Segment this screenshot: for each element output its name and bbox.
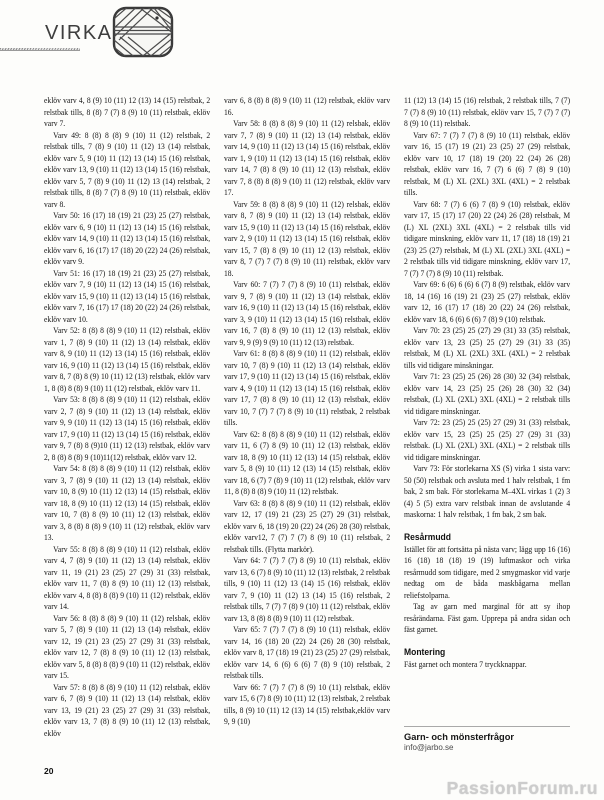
pattern-paragraph: Varv 71: 23 (25) 25 (26) 28 (30) 32 (34)… — [404, 371, 570, 417]
pattern-paragraph: Varv 62: 8 (8) 8 (8) 9 (10) 11 (12) rels… — [224, 429, 390, 498]
text-column-2: varv 6, 8 (8) 8 (8) 9 (10) 11 (12) relst… — [224, 95, 390, 757]
text-column-1: ►eklöv varv 4, 8 (9) 10 (11) 12 (13) 14 … — [44, 95, 210, 757]
pattern-paragraph: Varv 72: 23 (25) 25 (25) 27 (29) 31 (33)… — [404, 417, 570, 463]
pattern-paragraph: 11 (12) 13 (14) 15 (16) relstbak, 2 rels… — [404, 95, 570, 130]
pattern-paragraph: Varv 51: 16 (17) 18 (19) 21 (23) 25 (27)… — [44, 268, 210, 326]
pattern-paragraph: Istället för att fortsätta på nästa varv… — [404, 544, 570, 602]
pattern-paragraph: Varv 61: 8 (8) 8 (8) 9 (10) 11 (12) rels… — [224, 348, 390, 429]
pattern-paragraph: Varv 54: 8 (8) 8 (8) 9 (10) 11 (12) rels… — [44, 463, 210, 544]
pattern-paragraph: Varv 70: 23 (25) 25 (27) 29 (31) 33 (35)… — [404, 325, 570, 371]
pattern-paragraph: Varv 57: 8 (8) 8 (8) 9 (10) 11 (12) rels… — [44, 682, 210, 740]
pattern-paragraph: Varv 58: 8 (8) 8 (8) 9 (10) 11 (12) rels… — [224, 118, 390, 199]
pattern-paragraph: Tag av garn med marginal för att sy ihop… — [404, 601, 570, 636]
pattern-paragraph: Varv 68: 7 (7) 6 (6) 7 (8) 9 (10) relstb… — [404, 199, 570, 280]
pattern-paragraph: Varv 53: 8 (8) 8 (8) 9 (10) 11 (12) rels… — [44, 394, 210, 463]
text-column-3: 11 (12) 13 (14) 15 (16) relstbak, 2 rels… — [404, 95, 570, 757]
watermark: PassionForum.ru — [447, 778, 598, 799]
pattern-paragraph: varv 6, 8 (8) 8 (8) 9 (10) 11 (12) relst… — [224, 95, 390, 118]
section-heading: Resårmudd — [404, 532, 570, 544]
pattern-paragraph: Varv 66: 7 (7) 7 (7) 8 (9) 10 (11) relst… — [224, 682, 390, 728]
pattern-paragraph: Varv 49: 8 (8) 8 (8) 9 (10) 11 (12) rels… — [44, 130, 210, 211]
pattern-paragraph: Varv 50: 16 (17) 18 (19) 21 (23) 25 (27)… — [44, 210, 210, 268]
pattern-paragraph: Varv 69: 6 (6) 6 (6) 6 (7) 8 (9) relstba… — [404, 279, 570, 325]
pattern-paragraph: Varv 59: 8 (8) 8 (8) 9 (10) 11 (12) rels… — [224, 199, 390, 280]
pattern-paragraph: ►eklöv varv 4, 8 (9) 10 (11) 12 (13) 14 … — [44, 95, 210, 130]
pattern-paragraph: Varv 73: För storlekarna XS (S) virka 1 … — [404, 463, 570, 521]
magazine-page: VIRKA ►eklöv varv 4, 8 (9) 10 (11) 12 (1… — [0, 0, 604, 800]
yarn-ball-icon — [112, 6, 174, 63]
pattern-paragraph: Varv 52: 8 (8) 8 (8) 9 (10) 11 (12) rels… — [44, 325, 210, 394]
header-rule — [0, 48, 80, 51]
pattern-paragraph: Varv 65: 7 (7) 7 (7) 8 (9) 10 (11) relst… — [224, 624, 390, 682]
pattern-paragraph: Varv 60: 7 (7) 7 (7) 8 (9) 10 (11) relst… — [224, 279, 390, 348]
page-number: 20 — [44, 766, 53, 776]
pattern-paragraph: Fäst garnet och montera 7 tryckknappar. — [404, 659, 570, 671]
pattern-paragraph: Varv 55: 8 (8) 8 (8) 9 (10) 11 (12) rels… — [44, 544, 210, 613]
pattern-paragraph: Varv 64: 7 (7) 7 (7) 8 (9) 10 (11) relst… — [224, 555, 390, 624]
section-title: VIRKA — [45, 22, 113, 45]
contact-email[interactable]: info@jarbo.se — [404, 743, 570, 752]
contact-rule — [404, 726, 570, 727]
pattern-paragraph: Varv 56: 8 (8) 8 (8) 9 (10) 11 (12) rels… — [44, 613, 210, 682]
section-heading: Montering — [404, 647, 570, 659]
contact-box: Garn- och mönsterfrågor info@jarbo.se — [404, 726, 570, 752]
pattern-paragraph: Varv 67: 7 (7) 7 (7) 8 (9) 10 (11) relst… — [404, 130, 570, 199]
pattern-paragraph: Varv 63: 8 (8) 8 (8) 9 (10) 11 (12) rels… — [224, 498, 390, 556]
contact-title: Garn- och mönsterfrågor — [404, 732, 570, 742]
